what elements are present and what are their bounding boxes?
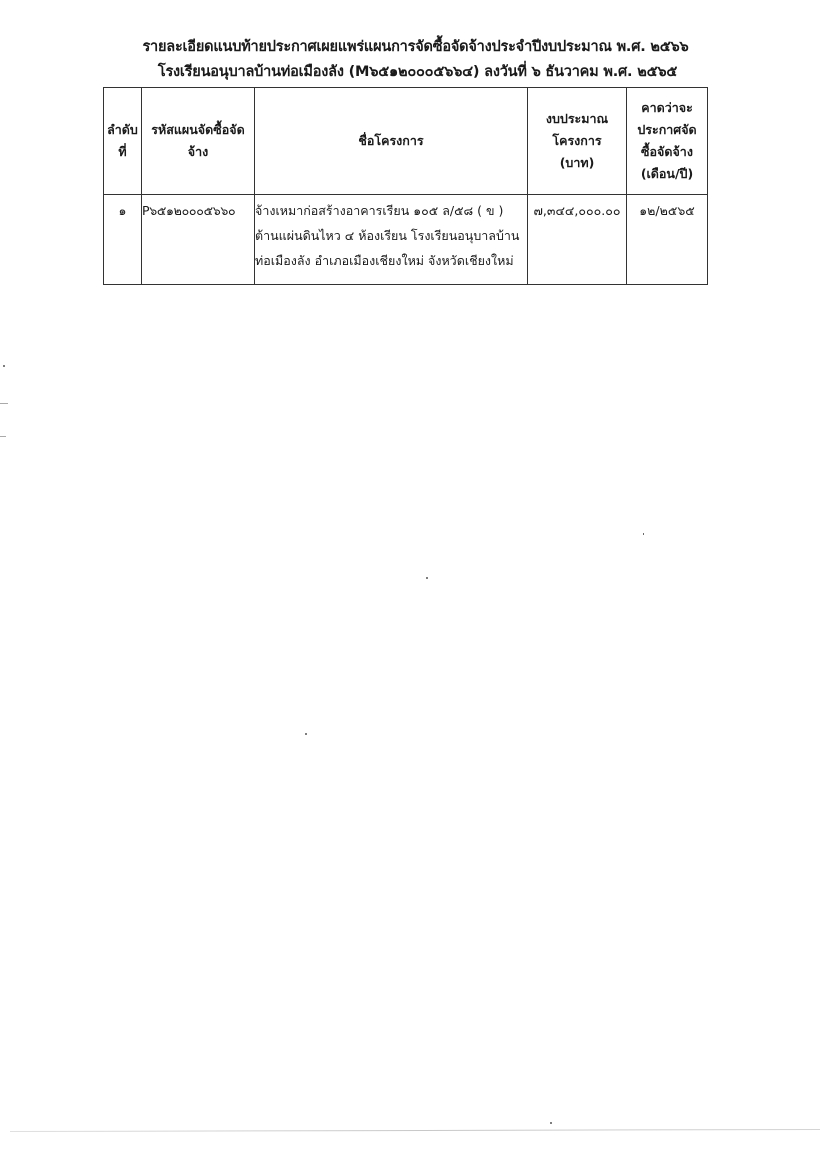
header-budget-line: งบประมาณ [528, 108, 626, 130]
document-title-line-1: รายละเอียดแนบท้ายประกาศเผยแพร่แผนการจัดซ… [2, 35, 827, 58]
scan-edge-mark [0, 403, 8, 404]
scan-speck [3, 365, 5, 367]
header-budget-line: (บาท) [528, 152, 626, 174]
scan-speck [550, 1122, 552, 1124]
header-code-line: รหัสแผนจัดซื้อจัด [142, 119, 254, 141]
header-project-name: ชื่อโครงการ [255, 88, 528, 195]
header-budget: งบประมาณ โครงการ (บาท) [528, 88, 627, 195]
header-no: ลำดับ ที่ [104, 88, 142, 195]
header-code-line: จ้าง [142, 141, 254, 163]
header-date-line: คาดว่าจะ [627, 97, 707, 119]
page-fold-line [10, 1129, 820, 1132]
project-name-line: จ้างเหมาก่อสร้างอาคารเรียน ๑๐๕ ล/๕๘ ( ข … [255, 198, 527, 223]
cell-expected-date: ๑๒/๒๕๖๕ [627, 195, 708, 285]
header-name-line: ชื่อโครงการ [255, 130, 527, 152]
table-row: ๑ P๖๕๑๒๐๐๐๕๖๖๐ จ้างเหมาก่อสร้างอาคารเรีย… [104, 195, 708, 285]
scan-speck [305, 733, 307, 735]
scan-speck [643, 533, 644, 535]
document-title-line-2: โรงเรียนอนุบาลบ้านท่อเมืองลัง (M๖๕๑๒๐๐๐๕… [4, 60, 827, 83]
header-date-line: ประกาศจัด [627, 119, 707, 141]
header-expected-date: คาดว่าจะ ประกาศจัด ซื้อจัดจ้าง (เดือน/ปี… [627, 88, 708, 195]
cell-no: ๑ [104, 195, 142, 285]
header-no-line: ที่ [104, 141, 141, 163]
scan-speck [426, 577, 428, 579]
procurement-plan-table: ลำดับ ที่ รหัสแผนจัดซื้อจัด จ้าง ชื่อโคร… [103, 87, 708, 285]
header-budget-line: โครงการ [528, 130, 626, 152]
cell-budget: ๗,๓๔๔,๐๐๐.๐๐ [528, 195, 627, 285]
cell-project-name: จ้างเหมาก่อสร้างอาคารเรียน ๑๐๕ ล/๕๘ ( ข … [255, 195, 528, 285]
project-name-line: ท่อเมืองลัง อำเภอเมืองเชียงใหม่ จังหวัดเ… [255, 248, 527, 273]
header-date-line: ซื้อจัดจ้าง [627, 141, 707, 163]
header-no-line: ลำดับ [104, 119, 141, 141]
cell-plan-code: P๖๕๑๒๐๐๐๕๖๖๐ [142, 195, 255, 285]
table-header-row: ลำดับ ที่ รหัสแผนจัดซื้อจัด จ้าง ชื่อโคร… [104, 88, 708, 195]
header-date-line: (เดือน/ปี) [627, 163, 707, 185]
header-plan-code: รหัสแผนจัดซื้อจัด จ้าง [142, 88, 255, 195]
project-name-line: ต้านแผ่นดินไหว ๔ ห้องเรียน โรงเรียนอนุบา… [255, 223, 527, 248]
scan-edge-mark [0, 436, 6, 437]
